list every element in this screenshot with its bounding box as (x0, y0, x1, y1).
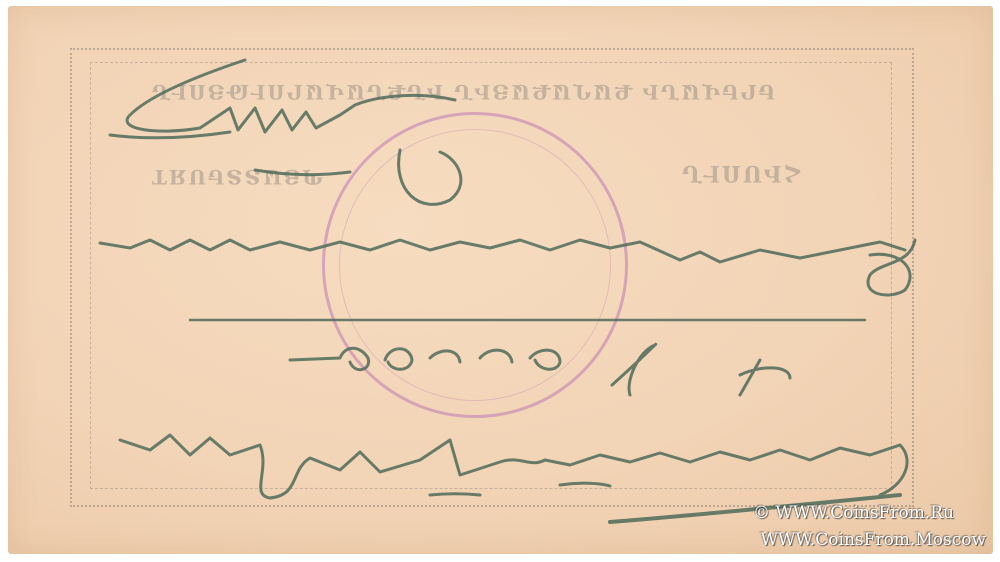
handwritten-ink (0, 0, 1000, 562)
line-bottom (120, 435, 907, 498)
signature-top (127, 60, 455, 132)
line-desiat (100, 240, 905, 262)
watermark-line-1: © WWW.CoinsFrom.Ru (753, 503, 954, 523)
watermark-line-2: WWW.CoinsFrom.Moscow (760, 530, 986, 550)
amount (290, 344, 790, 395)
